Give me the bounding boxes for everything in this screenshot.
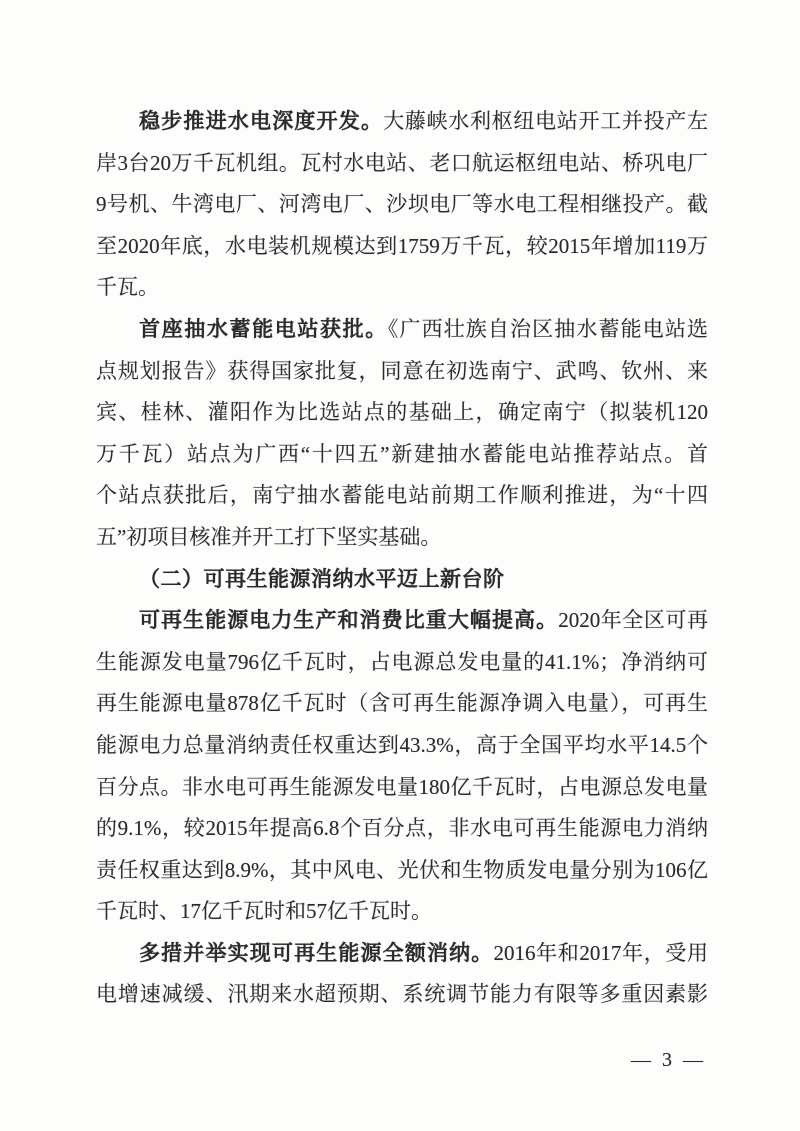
text-line: 9号机、牛湾电厂、河湾电厂、沙坝电厂等水电工程相继投产。截 xyxy=(96,184,708,226)
text-line: 百分点。非水电可再生能源发电量180亿千瓦时，占电源总发电量 xyxy=(96,767,708,809)
text-line: 五”初项目核准并开工打下坚实基础。 xyxy=(96,517,708,559)
paragraph-first-line: 多措并举实现可再生能源全额消纳。2016年和2017年，受用 xyxy=(96,933,708,975)
paragraph-text: 大藤峡水利枢纽电站开工并投产左 xyxy=(383,109,708,133)
text-line: 个站点获批后，南宁抽水蓄能电站前期工作顺利推进，为“十四 xyxy=(96,475,708,517)
paragraph-lead-bold: 多措并举实现可再生能源全额消纳。 xyxy=(139,941,493,965)
paragraph-first-line: 可再生能源电力生产和消费比重大幅提高。2020年全区可再 xyxy=(96,600,708,642)
text-line: 万千瓦）站点为广西“十四五”新建抽水蓄能电站推荐站点。首 xyxy=(96,434,708,476)
document-body: 稳步推进水电深度开发。大藤峡水利枢纽电站开工并投产左 岸3台20万千瓦机组。瓦村… xyxy=(96,101,708,1016)
text-line: 生能源发电量796亿千瓦时，占电源总发电量的41.1%；净消纳可 xyxy=(96,642,708,684)
paragraph-text: 2016年和2017年，受用 xyxy=(493,941,708,965)
paragraph-lead-bold: 可再生能源电力生产和消费比重大幅提高。 xyxy=(139,608,558,632)
text-line: 至2020年底，水电装机规模达到1759万千瓦，较2015年增加119万 xyxy=(96,226,708,268)
text-line: 点规划报告》获得国家批复，同意在初选南宁、武鸣、钦州、来 xyxy=(96,351,708,393)
paragraph-first-line: 首座抽水蓄能电站获批。《广西壮族自治区抽水蓄能电站选 xyxy=(96,309,708,351)
text-line: 岸3台20万千瓦机组。瓦村水电站、老口航运枢纽电站、桥巩电厂 xyxy=(96,143,708,185)
section-heading: （二）可再生能源消纳水平迈上新台阶 xyxy=(96,559,708,601)
text-line: 电增速减缓、汛期来水超预期、系统调节能力有限等多重因素影 xyxy=(96,974,708,1016)
text-line: 千瓦时、17亿千瓦时和57亿千瓦时。 xyxy=(96,891,708,933)
paragraph-lead-bold: 首座抽水蓄能电站获批。 xyxy=(139,317,388,341)
text-line: 宾、桂林、灌阳作为比选站点的基础上，确定南宁（拟装机120 xyxy=(96,392,708,434)
paragraph-text: 2020年全区可再 xyxy=(558,608,708,632)
text-line: 千瓦。 xyxy=(96,267,708,309)
text-line: 责任权重达到8.9%，其中风电、光伏和生物质发电量分别为106亿 xyxy=(96,850,708,892)
page-number: — 3 — xyxy=(631,1048,706,1072)
text-line: 能源电力总量消纳责任权重达到43.3%，高于全国平均水平14.5个 xyxy=(96,725,708,767)
paragraph-lead-bold: 稳步推进水电深度开发。 xyxy=(139,109,383,133)
paragraph-text: 《广西壮族自治区抽水蓄能电站选 xyxy=(388,317,708,341)
text-line: 再生能源电量878亿千瓦时（含可再生能源净调入电量），可再生 xyxy=(96,683,708,725)
paragraph-first-line: 稳步推进水电深度开发。大藤峡水利枢纽电站开工并投产左 xyxy=(96,101,708,143)
text-line: 的9.1%，较2015年提高6.8个百分点，非水电可再生能源电力消纳 xyxy=(96,808,708,850)
scanned-document-page: 稳步推进水电深度开发。大藤峡水利枢纽电站开工并投产左 岸3台20万千瓦机组。瓦村… xyxy=(0,0,800,1131)
